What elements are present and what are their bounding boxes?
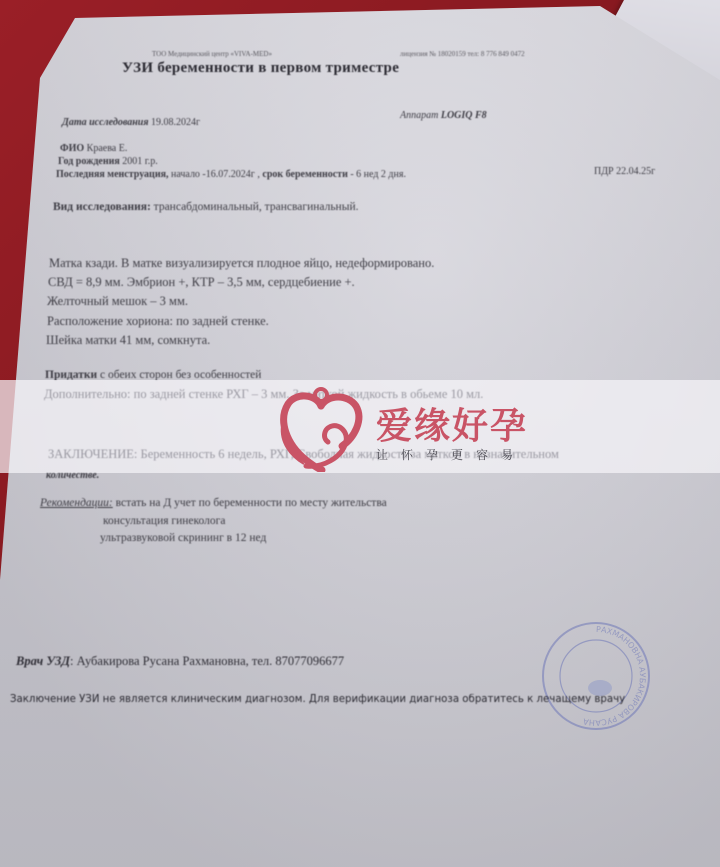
term-value: - 6 нед 2 дня. bbox=[350, 169, 406, 180]
finding-line: СВД = 8,9 мм. Эмбрион +, КТР – 3,5 мм, с… bbox=[48, 275, 355, 290]
exam-date-value: 19.08.2024г bbox=[151, 117, 200, 128]
disclaimer-text: Заключение УЗИ не является клиническим д… bbox=[10, 694, 625, 705]
finding-line: Шейка матки 41 мм, сомкнута. bbox=[46, 333, 210, 348]
doctor-value: : Аубакирова Русана Рахмановна, тел. 870… bbox=[70, 654, 344, 668]
device-label: Аппарат bbox=[400, 110, 438, 121]
recommendations-row: Рекомендации: встать на Д учет по береме… bbox=[40, 497, 387, 509]
finding-line: Расположение хориона: по задней стенке. bbox=[47, 314, 269, 329]
patient-name-value: Краева Е. bbox=[87, 143, 128, 154]
study-type-row: Вид исследования: трансабдоминальный, тр… bbox=[53, 201, 358, 213]
device-value: LOGIQ F8 bbox=[441, 110, 487, 121]
clinic-name: ТОО Медицинский центр «VIVA-MED» bbox=[152, 50, 272, 58]
additional-label: Дополнительно: bbox=[44, 387, 131, 401]
conclusion-label: ЗАКЛЮЧЕНИЕ: bbox=[48, 447, 137, 461]
watermark-title: 爱缘好孕 bbox=[376, 398, 528, 449]
document-title: УЗИ беременности в первом триместре bbox=[122, 60, 399, 77]
finding-line: Желточный мешок – 3 мм. bbox=[47, 294, 188, 309]
birth-year-label: Год рождения bbox=[58, 156, 120, 167]
doctor-row: Врач УЗД: Аубакирова Русана Рахмановна, … bbox=[16, 653, 344, 669]
study-type-value: трансабдоминальный, трансвагинальный. bbox=[154, 201, 359, 213]
study-type-label: Вид исследования: bbox=[53, 201, 151, 213]
recommendations-label: Рекомендации: bbox=[40, 497, 113, 509]
estimated-due-date: ПДР 22.04.25г bbox=[594, 166, 655, 177]
recommendation-item: консультация гинеколога bbox=[103, 515, 225, 527]
exam-date-label: Дата исследования bbox=[62, 117, 149, 128]
clinic-license: лицензия № 18020159 тел: 8 776 849 0472 bbox=[400, 50, 525, 58]
term-label: срок беременности bbox=[262, 169, 347, 180]
birth-year-value: 2001 г.р. bbox=[122, 156, 157, 167]
doctor-stamp-icon: РАХМАНОВНА АУБАКИРОВА РУСАНА bbox=[540, 620, 652, 732]
recommendation-item: встать на Д учет по беременности по мест… bbox=[116, 497, 387, 509]
watermark-heart-logo-icon bbox=[276, 386, 366, 472]
birth-year-row: Год рождения 2001 г.р. bbox=[58, 156, 158, 167]
device-row: Аппарат LOGIQ F8 bbox=[400, 110, 487, 121]
recommendation-item: ультразвуковой скрининг в 12 нед bbox=[100, 532, 266, 544]
lmp-label: Последняя менструация, bbox=[56, 169, 169, 180]
patient-name-row: ФИО Краева Е. bbox=[60, 143, 127, 154]
conclusion-continuation: количестве. bbox=[46, 470, 99, 481]
lmp-value: начало -16.07.2024г , bbox=[171, 169, 260, 180]
patient-name-label: ФИО bbox=[60, 143, 84, 154]
doctor-label: Врач УЗД bbox=[16, 654, 70, 668]
finding-line: Матка кзади. В матке визуализируется пло… bbox=[49, 256, 434, 271]
exam-date-row: Дата исследования 19.08.2024г bbox=[62, 117, 200, 128]
watermark-subtitle: 让怀孕更容易 bbox=[376, 446, 526, 463]
lmp-row: Последняя менструация, начало -16.07.202… bbox=[56, 169, 406, 180]
